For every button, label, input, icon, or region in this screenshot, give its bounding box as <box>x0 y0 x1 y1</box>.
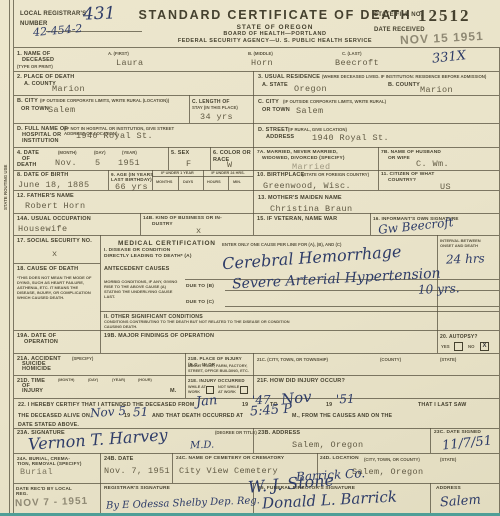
disease-label2: Directly Leading to Death* (a) <box>104 254 192 260</box>
ssn-label: 17. Social Security No. <box>17 238 92 245</box>
time-of-injury-label3: Injury <box>22 388 43 395</box>
hospital-value: 1940 Royal St. <box>76 131 153 141</box>
interval-header2: Onset and Death <box>440 243 478 248</box>
margin-vertical-text: STATE ROUTING USE <box>3 165 9 210</box>
months-header: Months <box>156 180 172 185</box>
homicide-label: Homicide <box>22 366 51 373</box>
grid-line <box>100 235 101 330</box>
min-header: Min. <box>233 180 241 185</box>
name-of-deceased-label2: Deceased <box>22 57 54 64</box>
hospital-label3: Institution <box>22 138 59 145</box>
meridiem-label: M. <box>170 388 177 395</box>
grid-line <box>14 71 499 72</box>
grid-line <box>100 311 499 312</box>
father-name-value: Robert Horn <box>25 201 86 211</box>
grid-line <box>14 170 499 171</box>
grid-line <box>14 190 499 191</box>
sex-value: F <box>186 159 192 169</box>
major-findings-label: 19b. Major Findings of Operation <box>104 333 214 340</box>
street-value: 1940 Royal St. <box>312 133 389 143</box>
grid-line <box>14 453 499 454</box>
business-value: x <box>196 226 202 236</box>
date-signed-handwritten: 11/7/51 <box>441 433 492 453</box>
occupation-label: 14a. Usual Occupation <box>17 216 91 223</box>
state-file-no-label: State File No. <box>374 12 423 20</box>
day-header: (Day) <box>94 150 106 155</box>
birthplace-label: 10. Birthplace <box>257 172 304 179</box>
last-name-value: Beecroft <box>335 58 379 68</box>
residence-state-value: Oregon <box>294 84 327 94</box>
age-value: 66 yrs <box>115 182 148 192</box>
autopsy-no-checkbox: X <box>480 342 489 351</box>
grid-line <box>172 453 173 483</box>
injury-state-header: (State) <box>440 357 456 362</box>
antecedent-causes-label: Antecedent Causes <box>104 266 169 273</box>
street-note: (If rural, give location) <box>288 127 347 132</box>
residence-county-value: Marion <box>420 85 453 95</box>
grid-line <box>168 147 169 170</box>
citizen-label2: Country? <box>388 178 416 184</box>
race-value: W <box>227 160 233 170</box>
injury-county-header: (County) <box>380 357 401 362</box>
local-received-stamp: NOV 7 - 1951 <box>15 496 88 510</box>
cause-of-death-label: 18. Cause of Death <box>17 266 97 273</box>
location-label: 24d. Location <box>320 456 359 462</box>
grid-line <box>100 330 101 353</box>
registrar-code-handwritten: 42-454-2 <box>33 22 83 39</box>
city-label: b. City <box>17 98 38 105</box>
grid-line <box>100 453 101 483</box>
middle-name-value: Horn <box>251 58 273 68</box>
grid-line <box>430 428 431 453</box>
street-label2: Address <box>266 134 294 141</box>
year-19b-printed: 19 <box>326 402 332 409</box>
spouse-label2: or Wife <box>388 156 410 162</box>
autopsy-no-label: No <box>468 344 474 349</box>
burial-date-value: Nov. 7, 1951 <box>104 466 170 476</box>
grid-line <box>178 176 179 190</box>
business-label2: dustry <box>152 222 173 228</box>
veteran-label: 15. If Veteran, Name War <box>257 216 337 223</box>
date-of-birth-value: June 18, 1885 <box>18 180 90 190</box>
death-year-value: 1951 <box>118 158 140 168</box>
occupation-value: Housewife <box>18 224 68 234</box>
cemetery-label: 24c. Name of Cemetery or Crematory <box>176 456 284 462</box>
year-19c-printed: 19 <box>124 413 130 420</box>
grid-line <box>100 483 101 513</box>
medical-certification-title: Medical Certification <box>118 240 216 248</box>
autopsy-yes-checkbox <box>454 342 463 351</box>
street-label: d. Street <box>258 127 289 134</box>
grid-line <box>14 147 499 148</box>
grid-line <box>253 170 254 190</box>
certify-statement-part4: and That Death Occurred At <box>152 413 243 420</box>
location-state-header: (State) <box>440 457 456 462</box>
degree-or-title-note: (Degree or title) <box>215 430 257 435</box>
date-received-local-label2: Reg. <box>16 491 28 497</box>
city-note: (If outside corporate limits, write RURA… <box>40 98 169 103</box>
certify-statement-part2: That I Last Saw <box>418 402 467 409</box>
due-c-line <box>225 306 499 307</box>
grid-line <box>370 213 371 235</box>
citizen-value: US <box>440 182 451 192</box>
death-month-value: Nov. <box>55 158 77 168</box>
mother-name-value: Christina Braun <box>270 204 353 214</box>
grid-line <box>378 147 379 170</box>
code-handwritten: 331X <box>431 48 466 66</box>
specify-note: (Specify) <box>72 356 93 361</box>
death-day-value: 5 <box>95 158 101 168</box>
father-name-label: 12. Father's Name <box>17 193 74 200</box>
length-of-stay-value: 34 yrs <box>200 112 233 122</box>
death-time-handwritten: 5:45 P <box>250 402 293 420</box>
grid-line <box>140 213 141 235</box>
degree-handwritten: M.D. <box>190 440 215 452</box>
burial-value: Burial <box>20 467 53 477</box>
grid-line <box>14 353 499 354</box>
interval-b-handwritten: 10 yrs. <box>418 281 460 296</box>
burial-label2: tion, Removal (Specify) <box>17 461 82 467</box>
if-under-24-hrs-header: If Under 24 Hrs. <box>204 171 252 176</box>
divider-line <box>9 0 10 516</box>
year-19-printed: 19 <box>242 402 248 409</box>
burial-date-label: 24b. Date <box>104 456 134 463</box>
grid-line <box>14 263 100 264</box>
grid-line <box>430 483 431 513</box>
alive-on-handwritten: Nov 5 <box>90 404 127 420</box>
death-certificate-scan: STATE ROUTING USE Local Registrar's Numb… <box>0 0 500 516</box>
grid-line <box>253 213 254 235</box>
cemetery-value: City View Cemetery <box>179 466 278 476</box>
grid-line <box>14 330 499 331</box>
certify-statement-part3: The Deceased Alive On <box>18 413 90 420</box>
residence-city-value: Salem <box>296 106 324 116</box>
injury-year-header: (Year) <box>112 378 125 383</box>
sex-label: 5. Sex <box>171 150 189 157</box>
if-under-1-year-header: If Under 1 Year <box>153 171 202 176</box>
marital-value: Married <box>292 162 331 172</box>
not-while-at-work-label2: at Work <box>218 390 236 395</box>
hours-header: Hours <box>207 180 221 185</box>
due-to-b-label: Due to (b) <box>186 284 214 290</box>
autopsy-yes-label: Yes <box>441 344 450 349</box>
county-value: Marion <box>52 84 85 94</box>
residence-county-label: b. County <box>388 82 420 89</box>
grid-line <box>14 47 499 48</box>
first-name-header: a. (First) <box>108 51 129 56</box>
injury-month-header: (Month) <box>58 378 74 383</box>
grid-line <box>228 176 229 190</box>
divider-line <box>13 0 14 516</box>
month-header: (Month) <box>58 150 77 155</box>
date-received-stamp: NOV 15 1951 <box>400 29 484 47</box>
funeral-address-handwritten: Salem <box>440 493 482 511</box>
date-of-death-label3: Death <box>17 162 37 169</box>
how-injury-occurred-label: 21f. How Did Injury Occur? <box>257 378 345 385</box>
usual-residence-label: 3. Usual Residence <box>258 74 320 81</box>
local-registrar-label: Local Registrar's <box>20 11 86 19</box>
type-or-print-note: (Type or print) <box>17 64 53 69</box>
grid-line <box>14 428 499 429</box>
date-of-birth-label: 8. Date of Birth <box>17 172 68 179</box>
mother-name-label: 13. Mother's Maiden Name <box>258 195 342 202</box>
birthplace-value: Greenwood, Wisc. <box>263 181 351 191</box>
residence-or-town-label: or Town <box>262 107 290 114</box>
interval-a-handwritten: 24 hrs <box>446 251 485 266</box>
spouse-value: C. Wm. <box>416 159 449 169</box>
grid-line <box>185 353 186 398</box>
days-header: Days <box>183 180 193 185</box>
registrar-signature-label: Registrar's Signature <box>104 486 170 492</box>
injury-occurred-label: 21e. Injury Occurred <box>188 378 245 384</box>
antecedent-causes-note: Morbid conditions, if any, giving rise t… <box>104 279 180 299</box>
residence-city-label: c. City <box>258 99 279 106</box>
physician-address-label: 23b. Address <box>258 430 300 437</box>
injury-city-header: 21c. (City, Town, or Township) <box>257 357 328 362</box>
state-file-number: 12512 <box>418 5 471 26</box>
year-header: (Year) <box>122 150 137 155</box>
place-of-death-label: 2. Place of Death <box>17 74 74 81</box>
year-51b-handwritten: 51 <box>133 405 149 420</box>
location-city-header: (City, Town, or County) <box>364 457 420 462</box>
place-of-injury-note: about home, farm, factory, street, offic… <box>188 364 250 373</box>
autopsy-label: 20. Autopsy? <box>440 334 478 340</box>
grid-line <box>378 170 379 190</box>
local-registrar-number-handwritten: 431 <box>83 3 116 24</box>
grid-line <box>253 190 254 213</box>
usual-residence-note: (Where deceased lived. If institution: r… <box>322 74 494 79</box>
residence-city-note: (If outside corporate limits, write RURA… <box>283 99 386 104</box>
middle-name-header: b. (Middle) <box>248 51 273 56</box>
agency-subtitle: Federal Security Agency—U. S. Public Hea… <box>130 38 420 45</box>
birthplace-note: (State or foreign country) <box>302 172 369 177</box>
grid-line <box>14 235 499 236</box>
physician-address-value: Salem, Oregon <box>292 440 364 450</box>
certify-statement-part6: Date Stated Above. <box>18 422 79 429</box>
injury-day-header: (Day) <box>88 378 98 383</box>
grid-line <box>253 71 254 147</box>
year-51-handwritten: '51 <box>336 392 355 407</box>
cause-of-death-footnote: *This does not mean the mode of dying, s… <box>17 275 93 300</box>
grid-line <box>108 170 109 190</box>
attended-from-handwritten: Jan <box>195 393 218 410</box>
grid-line <box>437 330 438 353</box>
first-name-value: Laura <box>116 58 144 68</box>
grid-line <box>189 95 190 123</box>
due-to-c-label: Due to (c) <box>186 300 214 306</box>
residence-state-label: a. State <box>262 82 288 89</box>
ssn-value: x <box>52 249 58 259</box>
certify-statement-part5: M., From the Causes and on the <box>292 413 392 420</box>
other-conditions-note: Conditions contributing to the death but… <box>104 320 294 330</box>
length-of-stay-label2: stay (in this place) <box>192 105 238 110</box>
grid-line <box>14 95 499 96</box>
last-name-header: c. (Last) <box>342 51 362 56</box>
grid-line <box>14 375 499 376</box>
injury-hour-header: (Hour) <box>138 378 152 383</box>
grid-line <box>253 147 254 170</box>
grid-line <box>253 353 254 398</box>
or-town-label: or Town <box>21 106 49 113</box>
date-of-operation-label2: Operation <box>24 339 58 346</box>
grid-line <box>14 123 499 124</box>
funeral-address-label: Address <box>436 486 461 492</box>
not-while-at-work-checkbox <box>240 386 248 394</box>
grid-line <box>210 147 211 170</box>
grid-line <box>14 213 499 214</box>
city-value: Salem <box>48 105 76 115</box>
deputy-registrar-handwritten: By E Odessa Shelby Dep. Reg. <box>106 495 260 511</box>
